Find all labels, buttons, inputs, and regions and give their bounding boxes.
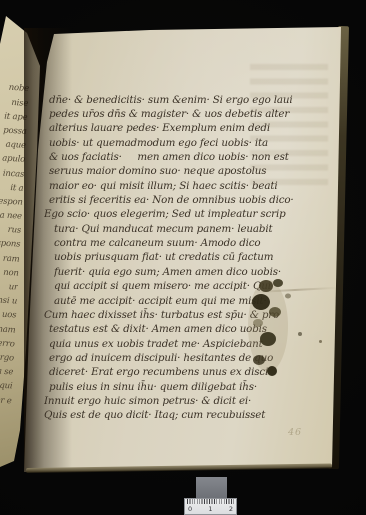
text-line: uobis· ut quemadmodum ego feci uobis· it… xyxy=(49,136,318,150)
ruler-label: 2 xyxy=(229,505,233,513)
margin-fragment: ur xyxy=(0,279,18,295)
margin-fragment: incas xyxy=(0,165,25,181)
text-line: eritis si feceritis ea· Non de omnibus u… xyxy=(49,193,318,207)
text-line: tura· Qui manducat mecum panem· leuabit xyxy=(54,222,318,236)
margin-fragment: apulo xyxy=(0,151,25,167)
text-line: Ego scio· quos elegerim; Sed ut impleatu… xyxy=(44,207,318,221)
text-line: Quis est de quo dicit· Itaq; cum recubui… xyxy=(44,408,318,422)
margin-fragment: possa xyxy=(0,123,27,139)
text-line: Innuit ergo huic simon petrus· & dicit e… xyxy=(44,394,318,408)
margin-fragment: a nee xyxy=(0,208,22,224)
margin-fragment: ta se xyxy=(0,364,14,380)
margin-fragment: rus xyxy=(0,222,21,238)
text-line: maior eo· qui misit illum; Si haec sciti… xyxy=(49,179,318,193)
text-line: contra me calcaneum suum· Amodo dico xyxy=(54,236,318,250)
margin-fragment: spons xyxy=(0,236,21,252)
margin-fragment: nise xyxy=(0,95,29,111)
ink-stain xyxy=(248,276,312,384)
margin-fragment: terro xyxy=(0,335,15,351)
ruler-label: 1 xyxy=(208,505,212,513)
margin-fragment: ram xyxy=(0,250,20,266)
parchment-fleck xyxy=(319,340,322,343)
margin-fragment: it a xyxy=(0,180,24,196)
folio-number: 46 xyxy=(288,427,302,438)
text-line: dn̄e· & benedicitis· sum &enim· Si ergo … xyxy=(49,93,318,107)
text-line: pedes ur̄os dn̄s & magister· & uos debet… xyxy=(49,107,318,121)
manuscript-photo: nobeniseit apepossaaqueapuloincasit ales… xyxy=(0,0,366,515)
margin-fragment: nam xyxy=(0,321,16,337)
ruler-ticks xyxy=(187,499,234,504)
text-line: seruus maior domino suo· neque apostolus xyxy=(49,164,318,178)
margin-fragment: e uos xyxy=(0,307,17,323)
text-block: dn̄e· & benedicitis· sum &enim· Si ergo … xyxy=(44,64,318,451)
color-scale-tab xyxy=(196,477,227,499)
margin-fragment: it ape xyxy=(0,109,28,125)
ruler-labels: 012 xyxy=(185,505,236,513)
margin-fragment: nsi u xyxy=(0,293,17,309)
measurement-ruler: 012 xyxy=(184,498,237,515)
margin-fragment: nobe xyxy=(0,80,29,96)
margin-fragment: m ergo xyxy=(0,350,14,366)
margin-fragment: squi xyxy=(0,378,13,394)
margin-fragment: er e xyxy=(0,392,12,408)
margin-fragment: lespon xyxy=(0,194,23,210)
text-line: uobis priusquam fiat· ut credatis cū fac… xyxy=(54,250,318,264)
ruler-label: 0 xyxy=(188,505,192,513)
text-line: & uos faciatis· men amen dico uobis· non… xyxy=(49,150,318,164)
margin-fragment: non xyxy=(0,265,19,281)
margin-fragment: aque xyxy=(0,137,26,153)
text-line: alterius lauare pedes· Exemplum enim ded… xyxy=(49,121,318,135)
